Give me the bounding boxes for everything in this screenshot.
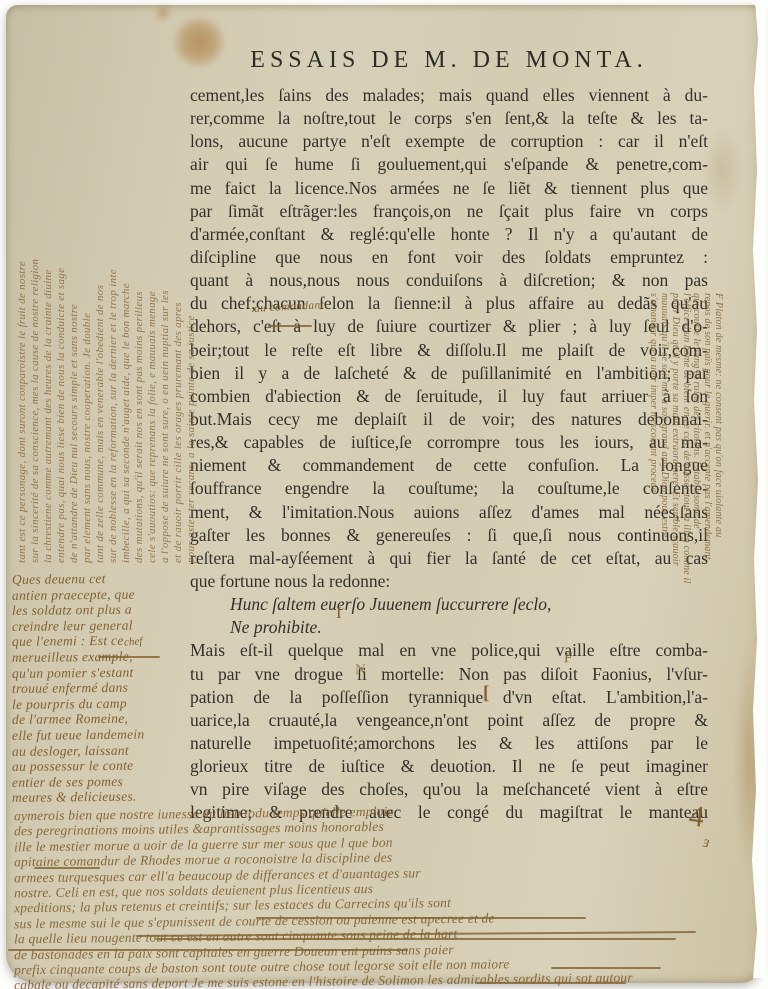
handwritten-line: sur la sincerité de sa conscience, mes l…	[29, 11, 42, 563]
print-line: but.Mais cecy me deplaiſt il de voir; de…	[190, 408, 708, 431]
print-line: Mais eſt-il quelque mal en vne police,qu…	[190, 639, 708, 662]
margin-note-left-vertical: tant est ce personage, dont suront conpa…	[16, 11, 186, 563]
handwritten-line: par element sans nous, nostre cooperatio…	[81, 11, 94, 563]
print-line: ſouffrance engendre la couſtume; la couſ…	[190, 477, 708, 500]
handwritten-line: prier Dieu qu'il y porte sa main extraor…	[669, 293, 680, 845]
ink-stain	[702, 125, 742, 215]
handwritten-line: tant est ce personage, dont suront conpa…	[16, 11, 29, 563]
print-line: naturelle impetuoſité;amorchons les & le…	[190, 732, 708, 755]
handwritten-line: la chrestiene comme autremant des heures…	[42, 11, 55, 563]
ink-strikethrough	[8, 949, 408, 951]
ink-strikethrough	[476, 982, 626, 984]
handwritten-line: F Platon de mesme: ne consent pas qu'on …	[712, 293, 723, 845]
letter-retouch-mark: N	[355, 662, 366, 679]
ink-strikethrough	[98, 656, 160, 658]
print-line: uarice,la cruauté,la vengeance,n'ont poi…	[190, 709, 708, 732]
print-line: quant à nous,nous nous conduiſons à diſc…	[190, 269, 708, 292]
handwritten-line: au possessur le conte	[12, 757, 190, 774]
print-line: par ſimãt eſtrãger:les françois,on ne ſç…	[190, 200, 708, 223]
margin-note-right-vertical: F Platon de mesme: ne consent pas qu'on …	[647, 293, 723, 845]
handwritten-line: et de rauoir porrir cille les orages pru…	[172, 11, 185, 563]
handwritten-line: cele s'auoutios: que reprenans la folie,…	[146, 11, 159, 563]
handwritten-line: s'amander que a uoir imper mesconant pro…	[647, 293, 658, 845]
print-line: que fortune nous la redonne:	[190, 570, 708, 593]
print-line: d'armée,conſtant & reglé:qu'elle honte ?…	[190, 223, 708, 246]
margin-note-left: Ques deuenu cetantien praecepte, queles …	[12, 571, 190, 805]
print-line: pation de la poſſeſſion tyrannique d'vn …	[190, 686, 708, 709]
handwritten-line: tant de zelle commune, mais en venerable…	[94, 11, 107, 563]
print-line: glorieux titre de iuſtice & deuotion. Il…	[190, 755, 708, 778]
handwritten-line: l'office d'un home de bien: en ce cas, d…	[680, 293, 691, 845]
print-line: Ne prohibite.	[190, 616, 708, 639]
print-line: air qui ſe hume ſi gouluement,qui s'eſpa…	[190, 153, 708, 176]
ink-strikethrough	[156, 938, 676, 940]
print-line: cement,les ſains des malades; mais quand…	[190, 84, 708, 107]
handwritten-line: pour aster ter secans, a la sainte puint…	[185, 11, 198, 563]
handwritten-line: sur de noblesse en la reformation, sur l…	[107, 11, 120, 563]
print-line: gaſter les bonnes & genereuſes : ſi que,…	[190, 524, 708, 547]
printed-text: cement,les ſains des malades; mais quand…	[190, 84, 708, 825]
print-line: Hunc ſaltem euerſo Juuenem ſuccurrere ſe…	[190, 593, 708, 616]
print-line: res,& capables de iuſtice,ſe corrompre t…	[190, 431, 708, 454]
print-line: reſtera mal-ayſéement à qui fier la ſant…	[190, 547, 708, 570]
ink-strikethrough	[551, 967, 661, 969]
handwritten-line: trouué enfermé dans	[12, 679, 190, 696]
handwritten-line: entendre pas, quai nous liese bien de no…	[55, 11, 68, 563]
handwritten-line: Ques deuenu cet	[12, 570, 190, 587]
ink-strikethrough	[34, 867, 100, 869]
page-scan: ESSAIS DE M. DE MONTA. cement,les ſains …	[6, 5, 761, 983]
handwritten-line: qui couste le sang et ruine des citoiens…	[691, 293, 702, 845]
print-line: combien d'abiection & de ſeruitude, il l…	[190, 385, 708, 408]
handwritten-line: les soldatz ont plus a	[12, 601, 190, 618]
handwritten-line: de n'attandre de Dieu nul secours simple…	[68, 11, 81, 563]
insertion-bracket-mark: [	[483, 683, 489, 705]
print-line: tu par vne drogue ſi mortelle: Non pas d…	[190, 663, 708, 686]
handwritten-line: que l'enemi : Est ce	[12, 632, 190, 649]
handwritten-line: de l'armee Romeine,	[12, 710, 190, 727]
print-line: me faict la licence.Nos armées ne ſe liẽ…	[190, 177, 708, 200]
handwritten-line: des mutations, qu'il serait nos en sont …	[133, 11, 146, 563]
ink-strikethrough	[256, 917, 586, 919]
print-line: lons, aucune partye n'eſt exempte de cor…	[190, 130, 708, 153]
handwritten-line: a l'oppose de suiure ne sont sure, o en …	[159, 11, 172, 563]
correction-f-mark: F	[563, 651, 573, 668]
print-line: dehors, c'eſt à luy de ſuiure courtizer …	[190, 315, 708, 338]
handwritten-line: mauuais qu'il se soit mis a son grand am…	[658, 293, 669, 845]
handwritten-line: repos de son païs pour le guerir. et n'a…	[701, 293, 712, 845]
print-line: rer,comme la noſtre,tout le corps s'en ſ…	[190, 107, 708, 130]
print-line: diſcipline que nous en font voir des ſol…	[190, 246, 708, 269]
interlinear-correction: chef	[124, 635, 143, 648]
handwritten-line: imbecille, a qui sa seconde n'auget aide…	[120, 11, 133, 563]
page-header: ESSAIS DE M. DE MONTA.	[189, 47, 709, 74]
print-line: beir;tout le reſte eſt libre & diſſolu.I…	[190, 339, 708, 362]
scan-canvas: { "page": { "header": "ESSAIS DE M. DE M…	[0, 0, 768, 989]
print-line: vn pire viſage des choſes, qu'ou la meſc…	[190, 778, 708, 801]
insertion-mark: I	[336, 603, 342, 623]
ink-strikethrough	[268, 325, 312, 327]
print-line: ment, & l'imitation.Nous auions aſſez d'…	[190, 501, 708, 524]
print-line: bien il y a de laſcheté & de puſillanimi…	[190, 362, 708, 385]
margin-note-bottom: aymerois bien que nostre iunesse au lieu…	[14, 804, 724, 989]
print-line: niement & commandement de cette confuſio…	[190, 454, 708, 477]
handwritten-line: elle fut ueue landemein	[12, 726, 190, 743]
